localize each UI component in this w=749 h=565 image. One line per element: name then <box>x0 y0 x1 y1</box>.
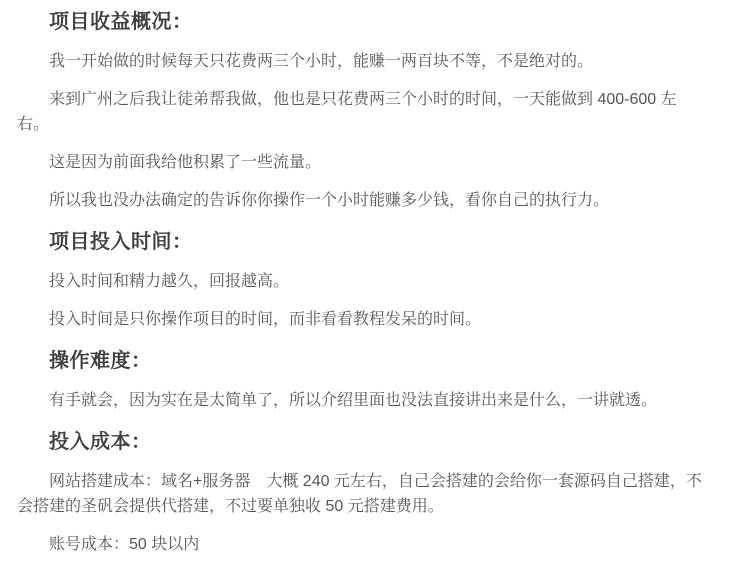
section-heading-cost: 投入成本： <box>17 428 705 456</box>
paragraph-account-cost: 账号成本：50 块以内 <box>17 532 705 557</box>
section-heading-difficulty: 操作难度： <box>17 347 705 375</box>
paragraph-difficulty: 有手就会，因为实在是太简单了，所以介绍里面也没法直接讲出来是什么，一讲就透。 <box>17 388 705 413</box>
paragraph-income-execution: 所以我也没办法确定的告诉你你操作一个小时能赚多少钱，看你自己的执行力。 <box>17 188 705 213</box>
article-page: 项目收益概况： 我一开始做的时候每天只花费两三个小时，能赚一两百块不等，不是绝对… <box>0 0 749 565</box>
paragraph-time-return: 投入时间和精力越久，回报越高。 <box>17 269 705 294</box>
section-heading-project-income: 项目收益概况： <box>17 8 705 36</box>
paragraph-income-start: 我一开始做的时候每天只花费两三个小时，能赚一两百块不等，不是绝对的。 <box>17 49 705 74</box>
paragraph-income-traffic: 这是因为前面我给他积累了一些流量。 <box>17 150 705 175</box>
paragraph-income-guangzhou: 来到广州之后我让徒弟帮我做，他也是只花费两三个小时的时间，一天能做到 400-6… <box>17 87 705 137</box>
paragraph-website-cost: 网站搭建成本：域名+服务器 大概 240 元左右，自己会搭建的会给你一套源码自己… <box>17 469 705 519</box>
paragraph-time-definition: 投入时间是只你操作项目的时间，而非看看教程发呆的时间。 <box>17 307 705 332</box>
section-heading-time-invest: 项目投入时间： <box>17 228 705 256</box>
